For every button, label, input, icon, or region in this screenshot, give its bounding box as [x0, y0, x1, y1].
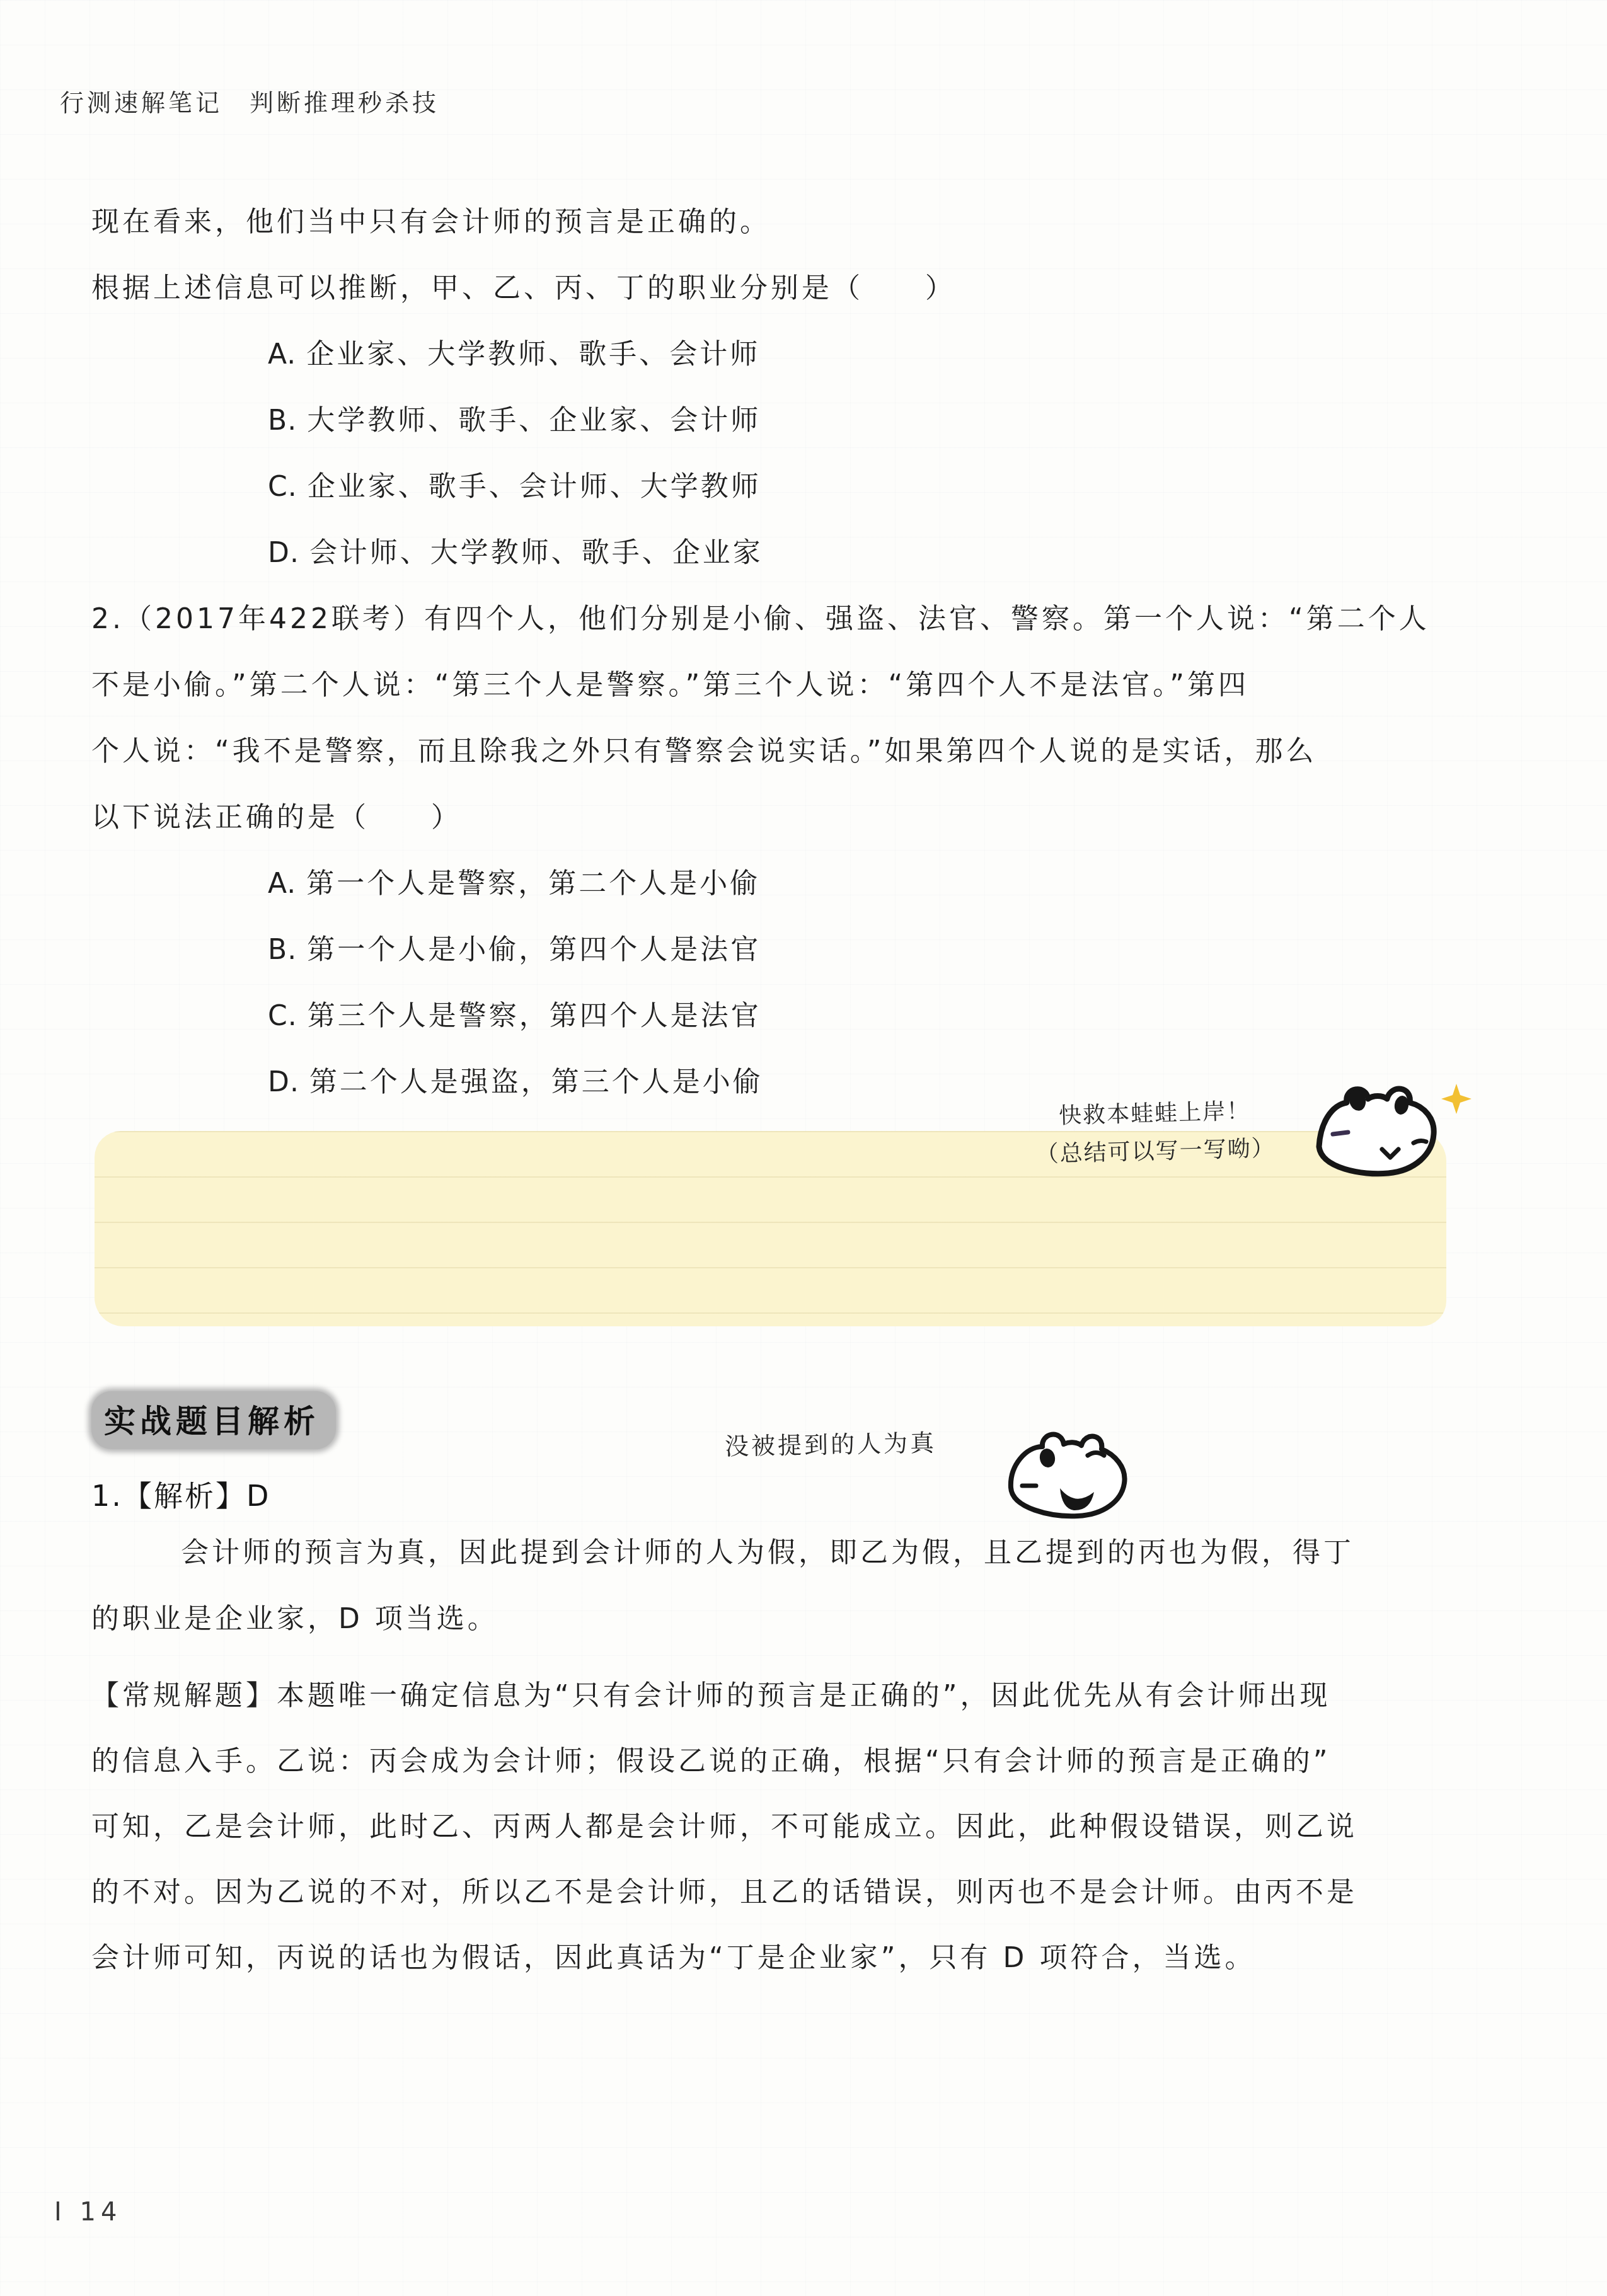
text-line: 会计师可知，丙说的话也为假话，因此真话为“丁是企业家”，只有 D 项符合，当选。	[91, 1926, 1357, 1991]
option-d: D.第二个人是强盗，第三个人是小偷	[268, 1049, 763, 1115]
option-label: B.	[268, 934, 297, 966]
frog-note-line2: （总结可以写一写呦）	[1007, 1129, 1304, 1174]
text-line: 的信息入手。乙说：丙会成为会计师；假设乙说的正确，根据“只有会计师的预言是正确的…	[91, 1729, 1357, 1794]
option-text: 第三个人是警察，第四个人是法官	[308, 1000, 761, 1032]
option-text: 第二个人是强盗，第三个人是小偷	[309, 1066, 763, 1098]
text-line: 个人说：“我不是警察，而且除我之外只有警察会说实话。”如果第四个人说的是实话，那…	[91, 718, 1430, 784]
option-b: B.第一个人是小偷，第四个人是法官	[268, 917, 763, 983]
frog-margin-note: 快救本蛙蛙上岸！ （总结可以写一写呦）	[1006, 1091, 1305, 1174]
text-line: 2.（2017年422联考）有四个人，他们分别是小偷、强盗、法官、警察。第一个人…	[91, 586, 1430, 652]
text-line: 【常规解题】本题唯一确定信息为“只有会计师的预言是正确的”，因此优先从有会计师出…	[91, 1663, 1357, 1729]
option-label: D.	[268, 1066, 299, 1098]
option-label: A.	[268, 868, 296, 900]
option-label: A.	[268, 338, 296, 370]
question2-stem: 2.（2017年422联考）有四个人，他们分别是小偷、强盗、法官、警察。第一个人…	[91, 586, 1430, 851]
option-label: C.	[268, 1000, 297, 1032]
page-number: I 14	[54, 2198, 122, 2227]
option-text: 会计师、大学教师、歌手、企业家	[309, 537, 763, 569]
running-header: 行测速解笔记 判断推理秒杀技	[60, 83, 439, 118]
frog-doodle-icon-2	[1003, 1428, 1136, 1529]
option-text: 第一个人是小偷，第四个人是法官	[307, 934, 761, 966]
option-a: A.企业家、大学教师、歌手、会计师	[268, 321, 763, 387]
analysis-regular-method: 【常规解题】本题唯一确定信息为“只有会计师的预言是正确的”，因此优先从有会计师出…	[91, 1663, 1357, 1991]
option-text: 企业家、大学教师、歌手、会计师	[306, 338, 760, 370]
book-page: 行测速解笔记 判断推理秒杀技 现在看来，他们当中只有会计师的预言是正确的。 根据…	[0, 0, 1607, 2296]
question1-options: A.企业家、大学教师、歌手、会计师 B.大学教师、歌手、企业家、会计师 C.企业…	[268, 321, 763, 586]
option-label: B.	[268, 405, 297, 437]
section-title: 实战题目解析	[91, 1391, 336, 1449]
text-line: 现在看来，他们当中只有会计师的预言是正确的。	[91, 189, 956, 255]
analysis-margin-note: 没被提到的人为真	[725, 1423, 937, 1462]
option-b: B.大学教师、歌手、企业家、会计师	[268, 387, 763, 454]
text-line: 的不对。因为乙说的不对，所以乙不是会计师，且乙的话错误，则丙也不是会计师。由丙不…	[91, 1860, 1357, 1926]
option-text: 第一个人是警察，第二个人是小偷	[306, 868, 760, 900]
option-d: D.会计师、大学教师、歌手、企业家	[268, 520, 763, 586]
option-label: D.	[268, 537, 299, 569]
analysis-item1-heading: 1.【解析】D	[91, 1473, 270, 1515]
question1-intro: 现在看来，他们当中只有会计师的预言是正确的。 根据上述信息可以推断，甲、乙、丙、…	[91, 189, 956, 321]
text-line: 以下说法正确的是（ ）	[91, 784, 1430, 851]
frog-cheek-dash	[1333, 1132, 1348, 1134]
text-line: 不是小偷。”第二个人说：“第三个人是警察。”第三个人说：“第四个人不是法官。”第…	[91, 652, 1430, 718]
text-line: 根据上述信息可以推断，甲、乙、丙、丁的职业分别是（ ）	[91, 255, 956, 321]
text-line: 的职业是企业家，D 项当选。	[91, 1586, 1354, 1652]
option-c: C.企业家、歌手、会计师、大学教师	[268, 454, 763, 520]
question2-options: A.第一个人是警察，第二个人是小偷 B.第一个人是小偷，第四个人是法官 C.第三…	[268, 851, 763, 1115]
frog-face-wink-icon	[1003, 1428, 1136, 1529]
option-text: 企业家、歌手、会计师、大学教师	[308, 471, 761, 503]
option-c: C.第三个人是警察，第四个人是法官	[268, 983, 763, 1049]
frog-face-icon	[1308, 1079, 1478, 1189]
option-text: 大学教师、歌手、企业家、会计师	[307, 405, 761, 437]
text-line: 可知，乙是会计师，此时乙、丙两人都是会计师，不可能成立。因此，此种假设错误，则乙…	[91, 1794, 1357, 1860]
option-label: C.	[268, 471, 297, 503]
option-a: A.第一个人是警察，第二个人是小偷	[268, 851, 763, 917]
text-line: 会计师的预言为真，因此提到会计师的人为假，即乙为假，且乙提到的丙也为假，得丁	[91, 1520, 1354, 1586]
sparkle-icon	[1441, 1084, 1472, 1114]
frog-right-dash	[1414, 1140, 1426, 1143]
frog-doodle-icon	[1308, 1079, 1478, 1189]
analysis-item1-body: 会计师的预言为真，因此提到会计师的人为假，即乙为假，且乙提到的丙也为假，得丁 的…	[91, 1520, 1354, 1652]
